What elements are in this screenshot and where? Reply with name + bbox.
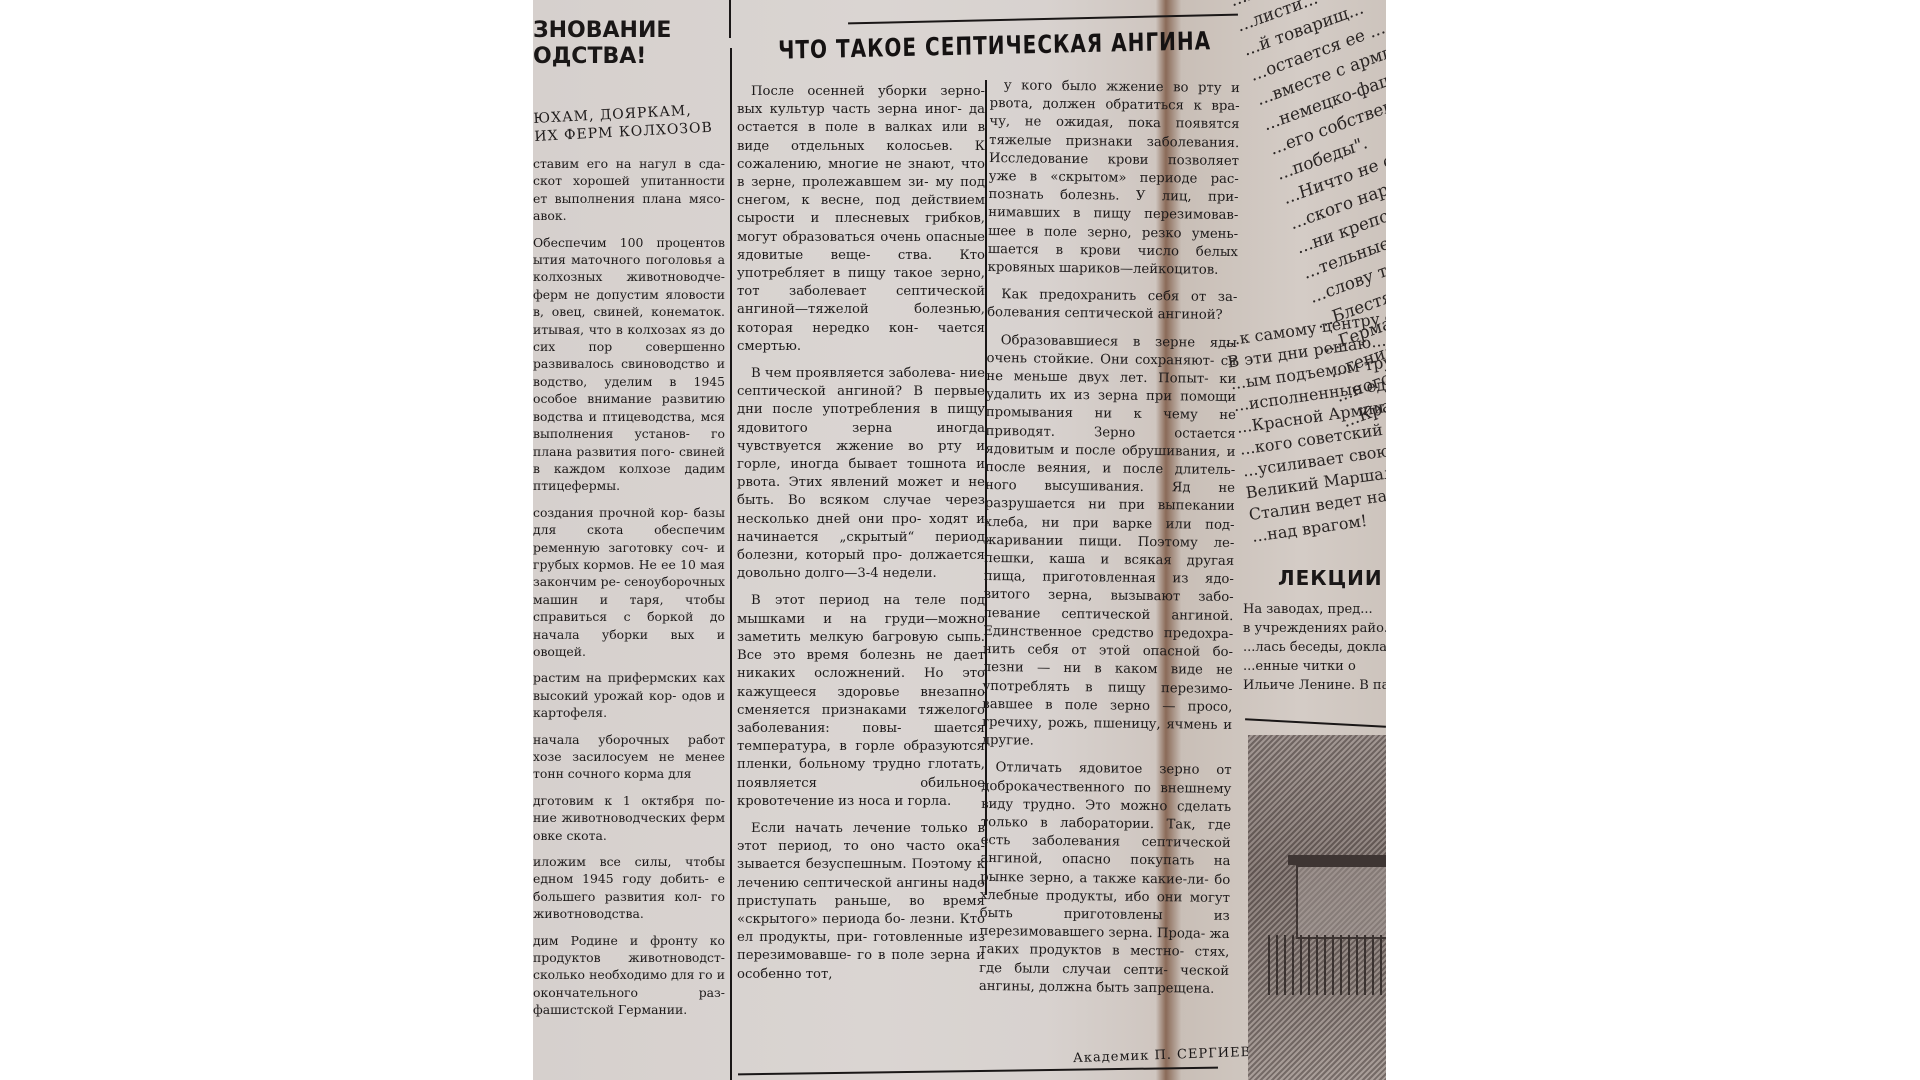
article-paragraph: Как предохранить себя от за- болевания с… [987,286,1237,325]
left-paragraph: дим Родине и фронту ко продуктов животно… [533,932,725,1019]
lecture-line: Ильиче Ленине. В па... [1243,676,1386,695]
article-title: ЧТО ТАКОЕ СЕПТИЧЕСКАЯ АНГИНА [778,25,1218,65]
illustration-fence [1268,935,1386,995]
facing-page-text-mid: ...к самому центру фа... В эти дни решаю… [1223,306,1386,548]
building-illustration [1248,735,1386,1080]
left-paragraph: ставим его на нагул в сда- скот хорошей … [533,155,725,225]
header-rule [848,14,1238,25]
left-article-subheadline: ЮХАМ, ДОЯРКАМ, ИХ ФЕРМ КОЛХОЗОВ [533,100,725,146]
article-column-1: После осенней уборки зерно- вых культур … [737,83,985,993]
newspaper-photo: ЗНОВАНИЕ ОДСТВА! ЮХАМ, ДОЯРКАМ, ИХ ФЕРМ … [533,0,1386,1080]
article-paragraph: Если начать лечение только в этот период… [737,820,985,984]
article-paragraph: В этот период на теле под мышками и на г… [737,592,985,810]
lectures-rule [1245,718,1386,727]
lectures-heading: ЛЕКЦИИ [1278,566,1383,590]
article-paragraph: Образовавшиеся в зерне яды очень стойкие… [982,332,1237,754]
illustration-roof [1288,855,1386,865]
column-rule [729,0,731,38]
left-paragraph: иложим все силы, чтобы едном 1945 году д… [533,853,725,923]
left-paragraph: дготовим к 1 октября по- ние животноводч… [533,792,725,844]
article-signature: Академик П. СЕРГИЕВ [1073,1045,1252,1066]
lecture-line: ...лась беседы, доклады, [1243,638,1386,657]
left-paragraph: создания прочной кор- базы для скота обе… [533,504,725,661]
footer-rule [738,1067,1218,1076]
column-rule [730,48,732,1080]
left-article-body: ставим его на нагул в сда- скот хорошей … [533,155,725,1028]
lecture-line: ...енные читки о [1243,657,1386,676]
article-column-2: у кого было жжение во рту и рвота, долже… [979,77,1240,1008]
article-paragraph: Отличать ядовитое зерно от доброкачестве… [979,759,1232,999]
lecture-line: На заводах, пред... [1243,600,1386,619]
left-paragraph: Обеспечим 100 процентов ытия маточного п… [533,234,725,495]
left-paragraph: растим на прифермских ках высокий урожай… [533,669,725,721]
lecture-line: в учреждениях райо... [1243,619,1386,638]
lectures-text: На заводах, пред... в учреждениях райо..… [1243,600,1386,695]
illustration-wall [1296,865,1386,939]
left-article-headline: ЗНОВАНИЕ ОДСТВА! [533,18,723,70]
left-paragraph: начала уборочных работ хозе засилосуем н… [533,731,725,783]
article-paragraph: у кого было жжение во рту и рвота, долже… [988,77,1240,280]
article-paragraph: В чем проявляется заболева- ние септичес… [737,365,985,583]
article-paragraph: После осенней уборки зерно- вых культур … [737,83,985,356]
